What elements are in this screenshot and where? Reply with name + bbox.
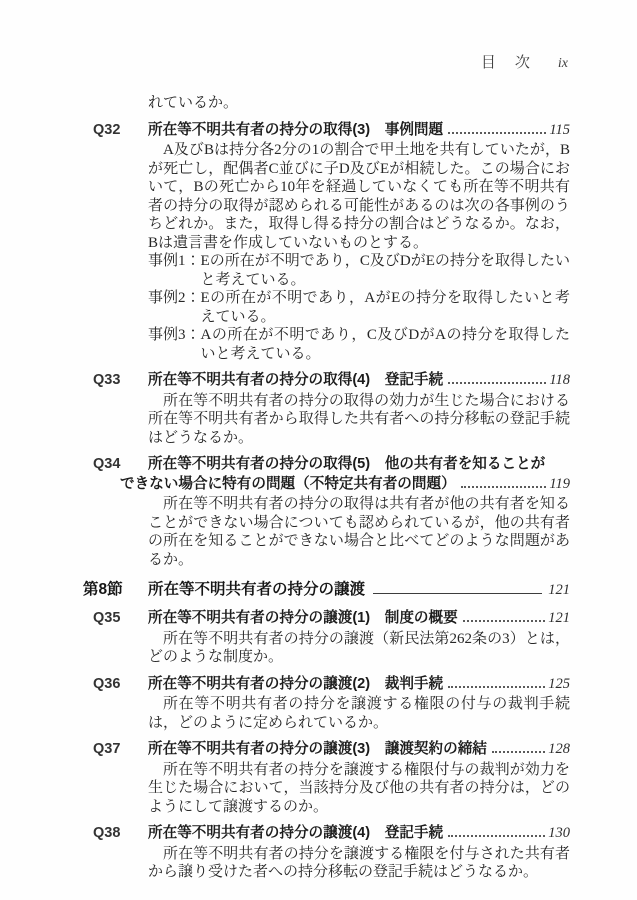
toc-page: 目 次 ix れているか。 Q32 所在等不明共有者の持分の取得(3) 事例問題…: [0, 0, 637, 900]
entry-title-line2: できない場合に特有の問題（不特定共有者の問題）: [120, 475, 456, 495]
entry-page-number: 128: [548, 740, 570, 760]
toc-entry-q38: Q38 所在等不明共有者の持分の譲渡(4) 登記手続 130 所在等不明共有者の…: [83, 824, 570, 882]
entry-description: 所在等不明共有者の持分の取得は共有者が他の共有者を知ることができない場合について…: [148, 495, 570, 569]
entry-title-line1: 所在等不明共有者の持分の取得(5) 他の共有者を知ることが: [148, 455, 545, 475]
continuation-text: れているか。: [148, 94, 570, 113]
entry-page-number: 119: [549, 475, 570, 495]
entry-number: Q32: [83, 121, 148, 141]
entry-title: 所在等不明共有者の持分の譲渡(4) 登記手続: [148, 824, 443, 844]
section-label: 第8節: [83, 579, 148, 600]
case-label: 事例2：: [148, 289, 201, 326]
case-label: 事例3：: [148, 326, 201, 363]
entry-description: 所在等不明共有者の持分の譲渡（新民法第262条の3）とは，どのような制度か。: [148, 630, 570, 667]
case-item: 事例3： Aの所在が不明であり，C及びDがAの持分を取得したいと考えている。: [148, 326, 570, 363]
toc-entry-q34: Q34 所在等不明共有者の持分の取得(5) 他の共有者を知ることが できない場合…: [83, 455, 570, 569]
entry-number: Q38: [83, 824, 148, 844]
toc-entry-q32: Q32 所在等不明共有者の持分の取得(3) 事例問題 115 A及びBは持分各2…: [83, 121, 570, 364]
dotted-leader: [461, 486, 547, 488]
toc-content: れているか。 Q32 所在等不明共有者の持分の取得(3) 事例問題 115 A及…: [83, 94, 570, 882]
entry-title: 所在等不明共有者の持分の譲渡(3) 譲渡契約の締結: [148, 740, 487, 760]
entry-description: 所在等不明共有者の持分を譲渡する権限付与の裁判が効力を生じた場合において，当該持…: [148, 761, 570, 817]
entry-description: 所在等不明共有者の持分を譲渡する権限を付与された共有者から譲り受けた者への持分移…: [148, 845, 570, 882]
entry-number: Q35: [83, 609, 148, 629]
toc-entry-q33: Q33 所在等不明共有者の持分の取得(4) 登記手続 118 所在等不明共有者の…: [83, 371, 570, 447]
entry-number: Q34: [83, 455, 148, 475]
toc-entry-q37: Q37 所在等不明共有者の持分の譲渡(3) 譲渡契約の締結 128 所在等不明共…: [83, 740, 570, 816]
entry-title-row2: できない場合に特有の問題（不特定共有者の問題） 119: [120, 475, 570, 495]
section-title: 所在等不明共有者の持分の譲渡: [148, 579, 365, 600]
case-text: Eの所在が不明であり，C及びDがEの持分を取得したいと考えている。: [201, 252, 570, 289]
header-title: 目 次: [481, 54, 532, 73]
section-heading: 第8節 所在等不明共有者の持分の譲渡 121: [83, 579, 570, 601]
case-item: 事例2： Eの所在が不明であり，AがEの持分を取得したいと考えている。: [148, 289, 570, 326]
dotted-leader: [448, 835, 545, 837]
case-item: 事例1： Eの所在が不明であり，C及びDがEの持分を取得したいと考えている。: [148, 252, 570, 289]
entry-description: 所在等不明共有者の持分を譲渡する権限の付与の裁判手続は，どのように定められている…: [148, 695, 570, 732]
section-rule-line: [373, 593, 542, 594]
entry-title-row: Q36 所在等不明共有者の持分の譲渡(2) 裁判手続 125: [83, 675, 570, 695]
entry-page-number: 121: [548, 609, 570, 629]
case-label: 事例1：: [148, 252, 201, 289]
entry-number: Q33: [83, 371, 148, 391]
toc-entry-q35: Q35 所在等不明共有者の持分の譲渡(1) 制度の概要 121 所在等不明共有者…: [83, 609, 570, 667]
entry-page-number: 118: [549, 371, 570, 391]
entry-title-row: Q38 所在等不明共有者の持分の譲渡(4) 登記手続 130: [83, 824, 570, 844]
entry-page-number: 115: [549, 121, 570, 141]
entry-page-number: 125: [548, 675, 570, 695]
page-header: 目 次 ix: [83, 54, 568, 74]
entry-number: Q36: [83, 675, 148, 695]
dotted-leader: [448, 686, 545, 688]
entry-number: Q37: [83, 740, 148, 760]
dotted-leader: [492, 751, 545, 753]
entry-description: A及びBは持分各2分の1の割合で甲土地を共有していたが，Bが死亡し，配偶者C並び…: [148, 141, 570, 252]
dotted-leader: [448, 132, 546, 134]
entry-title-row: Q33 所在等不明共有者の持分の取得(4) 登記手続 118: [83, 371, 570, 391]
dotted-leader: [463, 620, 546, 622]
toc-entry-q36: Q36 所在等不明共有者の持分の譲渡(2) 裁判手続 125 所在等不明共有者の…: [83, 675, 570, 733]
entry-title-row: Q32 所在等不明共有者の持分の取得(3) 事例問題 115: [83, 121, 570, 141]
entry-title: 所在等不明共有者の持分の譲渡(2) 裁判手続: [148, 675, 443, 695]
entry-page-number: 130: [548, 824, 570, 844]
section-page-number: 121: [548, 580, 570, 601]
header-page-number: ix: [558, 55, 568, 74]
entry-description: 所在等不明共有者の持分の取得の効力が生じた場合における所在等不明共有者から取得し…: [148, 392, 570, 448]
entry-title-row: Q34 所在等不明共有者の持分の取得(5) 他の共有者を知ることが: [83, 455, 570, 475]
entry-title-row: Q35 所在等不明共有者の持分の譲渡(1) 制度の概要 121: [83, 609, 570, 629]
entry-title: 所在等不明共有者の持分の取得(4) 登記手続: [148, 371, 443, 391]
entry-title-row: Q37 所在等不明共有者の持分の譲渡(3) 譲渡契約の締結 128: [83, 740, 570, 760]
dotted-leader: [448, 382, 546, 384]
entry-title: 所在等不明共有者の持分の譲渡(1) 制度の概要: [148, 609, 458, 629]
case-text: Eの所在が不明であり，AがEの持分を取得したいと考えている。: [201, 289, 570, 326]
entry-title: 所在等不明共有者の持分の取得(3) 事例問題: [148, 121, 443, 141]
case-text: Aの所在が不明であり，C及びDがAの持分を取得したいと考えている。: [201, 326, 570, 363]
